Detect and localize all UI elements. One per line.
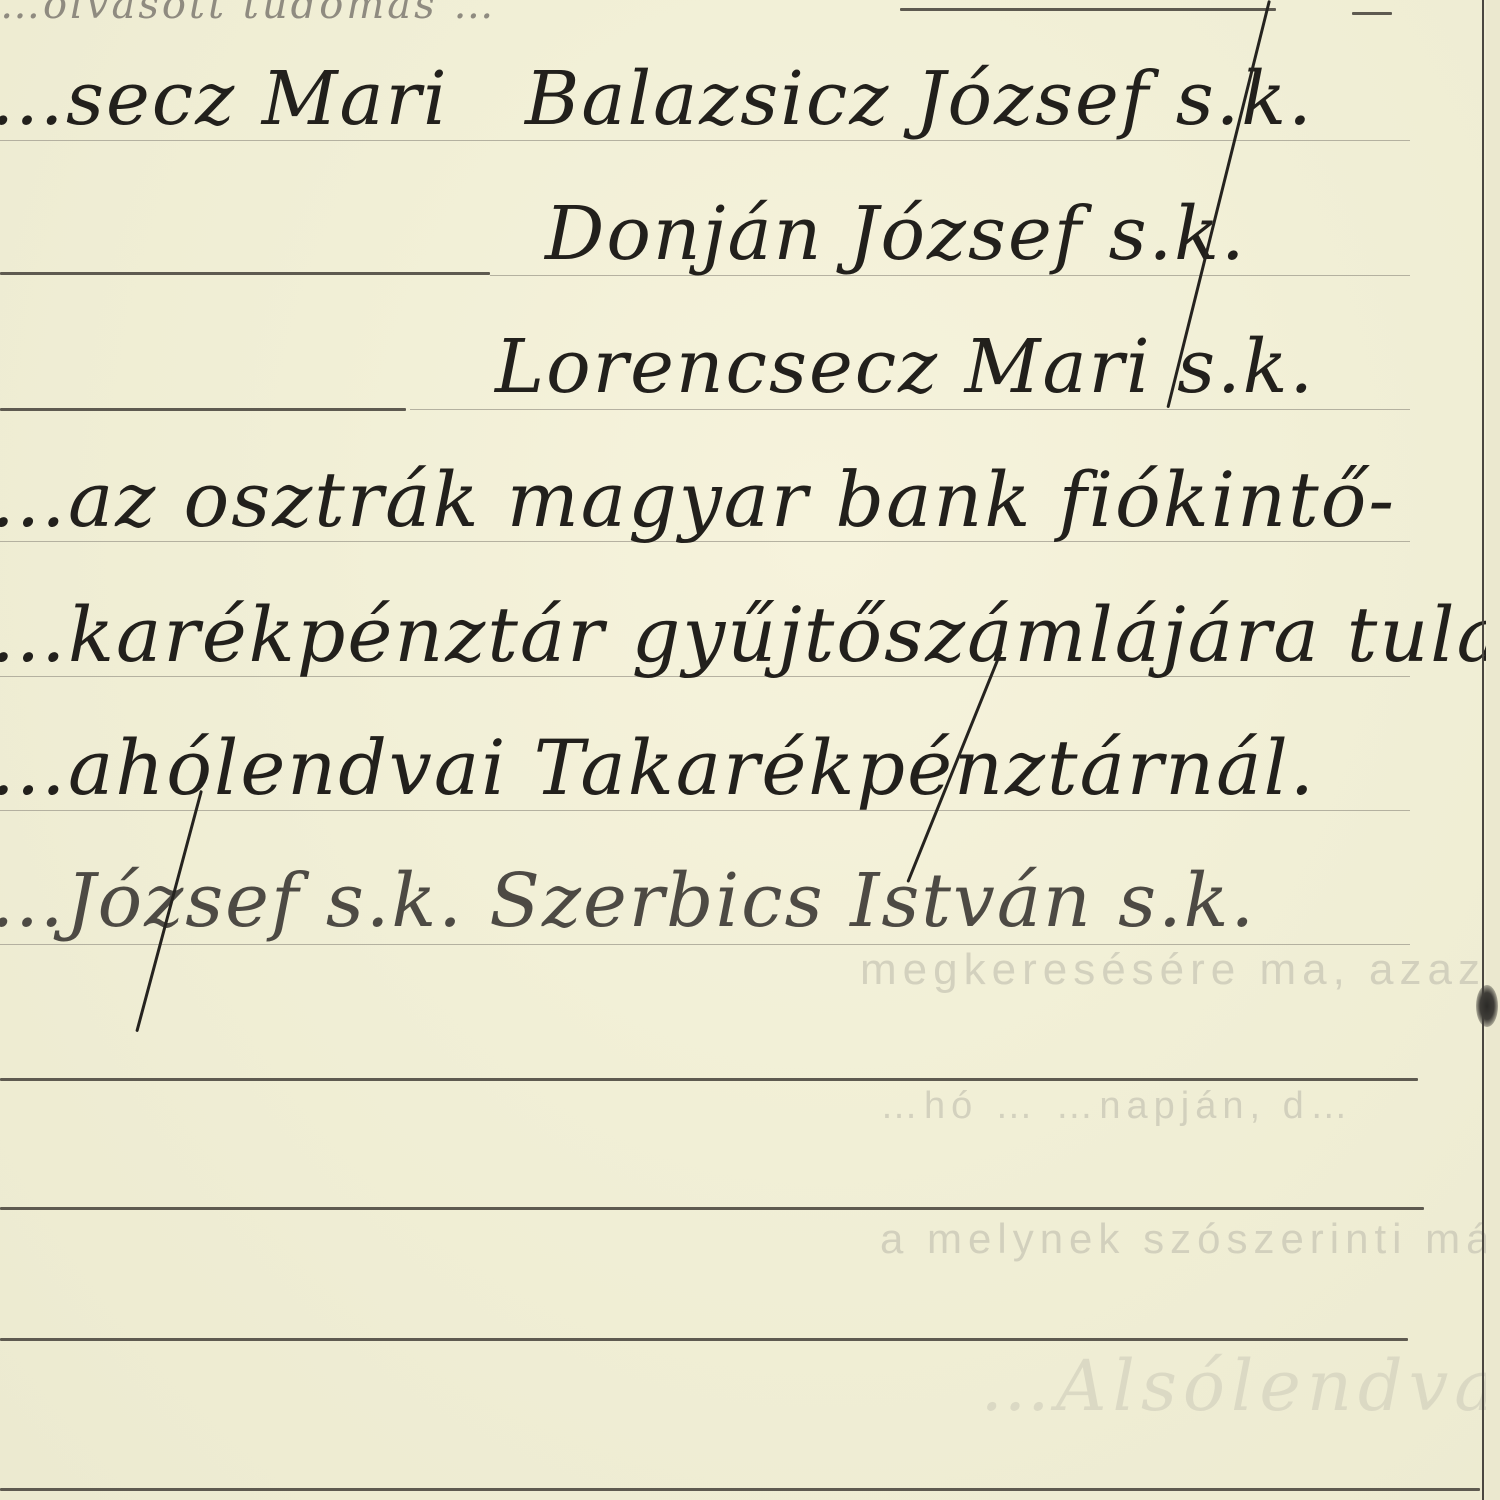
bleed-through-text: a melynek szószerinti másolata a túlsó o… bbox=[880, 1215, 1500, 1263]
body-line-3: …ahólendvai Takarékpénztárnál. bbox=[0, 730, 1316, 806]
bleed-through-text: …Alsólendva… bbox=[980, 1345, 1500, 1427]
body-line-2: …karékpénztár gyűjtőszámlájára tulajére, bbox=[0, 597, 1500, 673]
signature-lorencsecz: Lorencsecz Mari s.k. bbox=[495, 330, 1315, 404]
form-line bbox=[0, 1207, 1424, 1210]
form-line bbox=[1352, 12, 1392, 15]
signature-donjan: Donján József s.k. bbox=[545, 197, 1247, 271]
form-border-right bbox=[1482, 0, 1484, 1500]
form-line bbox=[0, 408, 406, 411]
form-line bbox=[0, 1078, 1418, 1081]
form-line bbox=[0, 272, 490, 275]
bleed-through-text: …hó … …napján, d… bbox=[880, 1085, 1354, 1128]
document-page: …olvasott tudomás … megkeresésére ma, az… bbox=[0, 0, 1500, 1500]
binding-hole bbox=[1476, 985, 1498, 1027]
body-line-1: …az osztrák magyar bank fiókintő- bbox=[0, 462, 1396, 538]
form-line bbox=[0, 1488, 1480, 1491]
signature-left-fragment: …secz Mari bbox=[0, 62, 449, 136]
form-line bbox=[0, 1338, 1408, 1341]
body-line-4-signatures: …József s.k. Szerbics István s.k. bbox=[0, 864, 1256, 938]
signature-balazsicz: Balazsicz József s.k. bbox=[525, 62, 1314, 136]
bleed-through-text: megkeresésére ma, azaz egyezerkilencszáz… bbox=[860, 945, 1500, 995]
page-margin bbox=[1486, 0, 1500, 1500]
form-line bbox=[900, 8, 1276, 11]
header-fragment: …olvasott tudomás … bbox=[0, 0, 496, 28]
